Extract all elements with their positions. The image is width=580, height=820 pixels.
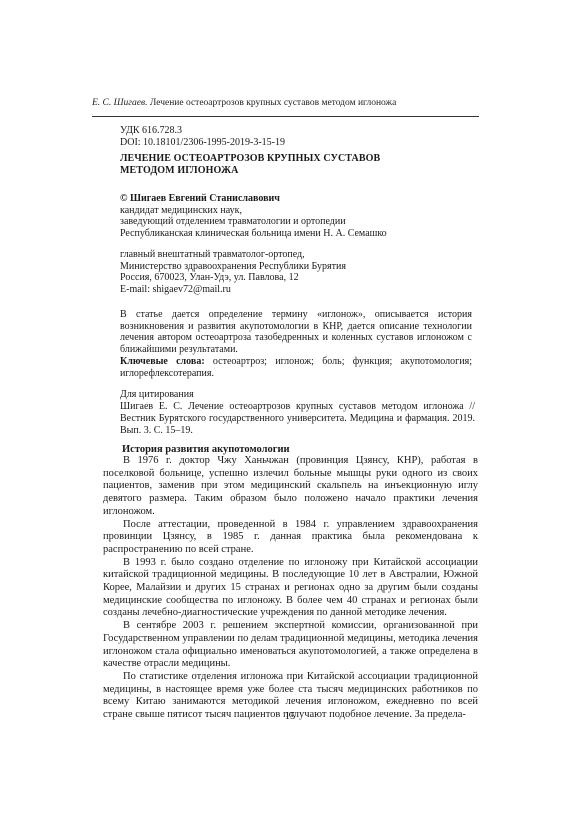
author-address: Россия, 670023, Улан-Удэ, ул. Павлова, 1…: [120, 272, 475, 284]
running-head: Е. С. Шигаев. Лечение остеоартрозов круп…: [92, 98, 396, 108]
abstract: В статье дается определение термину «игл…: [120, 309, 472, 379]
citation: Для цитирования Шигаев Е. С. Лечение ост…: [120, 389, 475, 437]
body-text: В 1976 г. доктор Чжу Ханьчжан (провинция…: [103, 455, 478, 722]
paragraph: В 1993 г. было создано отделение по игло…: [103, 557, 478, 621]
author-block-2: главный внештатный травматолог-ортопед, …: [120, 249, 475, 295]
doi: DOI: 10.18101/2306-1995-2019-3-15-19: [120, 137, 475, 149]
running-head-title: Лечение остеоартрозов крупных суставов м…: [150, 98, 396, 108]
author-degree: кандидат медицинских наук,: [120, 205, 475, 217]
paragraph: В 1976 г. доктор Чжу Ханьчжан (провинция…: [103, 455, 478, 519]
keywords-label: Ключевые слова:: [120, 356, 205, 367]
article-title: ЛЕЧЕНИЕ ОСТЕОАРТРОЗОВ КРУПНЫХ СУСТАВОВ М…: [120, 153, 475, 176]
author-affiliation: Республиканская клиническая больница име…: [120, 228, 475, 240]
article-title-line-2: МЕТОДОМ ИГЛОНОЖА: [120, 165, 475, 177]
running-head-author: Е. С. Шигаев.: [92, 98, 147, 108]
paragraph: В сентябре 2003 г. решением экспертной к…: [103, 620, 478, 671]
citation-text: Шигаев Е. С. Лечение остеоартрозов крупн…: [120, 401, 475, 437]
author-block: © Шигаев Евгений Станиславович кандидат …: [120, 193, 475, 239]
author-email[interactable]: E-mail: shigaev72@mail.ru: [120, 284, 475, 296]
author-position-2: главный внештатный травматолог-ортопед,: [120, 249, 475, 261]
keywords: Ключевые слова: остеоартроз; иглонож; бо…: [120, 356, 472, 379]
paragraph: После аттестации, проведенной в 1984 г. …: [103, 519, 478, 557]
article-title-line-1: ЛЕЧЕНИЕ ОСТЕОАРТРОЗОВ КРУПНЫХ СУСТАВОВ: [120, 153, 475, 165]
udk-code: УДК 616.728.3: [120, 125, 475, 137]
citation-label: Для цитирования: [120, 389, 475, 401]
abstract-text: В статье дается определение термину «игл…: [120, 309, 472, 356]
author-affiliation-2: Министерство здравоохранения Республики …: [120, 261, 475, 273]
author-name: © Шигаев Евгений Станиславович: [120, 193, 475, 205]
author-position: заведующий отделением травматологии и ор…: [120, 216, 475, 228]
page-number: 15: [0, 711, 580, 722]
identifiers: УДК 616.728.3 DOI: 10.18101/2306-1995-20…: [120, 125, 475, 148]
header-rule: [92, 116, 479, 117]
section-heading: История развития акупотомологии: [122, 444, 290, 455]
